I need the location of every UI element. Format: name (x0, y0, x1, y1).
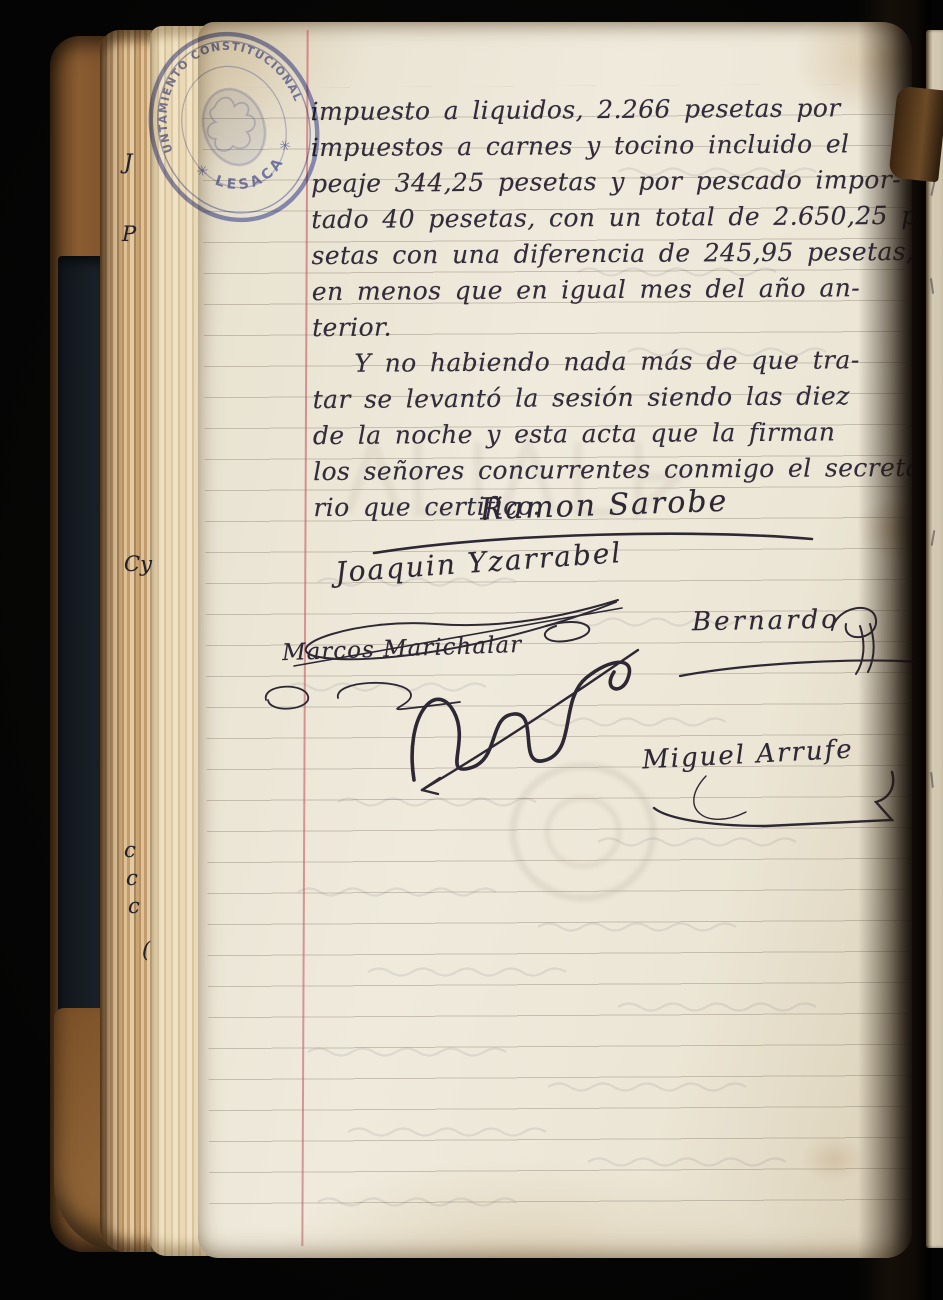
manuscript-line: Y no habiendo nada más de que tra- (312, 342, 908, 382)
photo-of-minutes-book: impuesto a liquidos, 2.266 pesetas por i… (0, 0, 943, 1300)
signature-flourish-marcos (260, 672, 470, 728)
manuscript-line: tar se levantó la sesión siendo las diez (313, 378, 909, 418)
manuscript-page: impuesto a liquidos, 2.266 pesetas por i… (198, 22, 912, 1258)
signature-miguel: Miguel Arrufe (641, 734, 854, 775)
manuscript-line: los señores concurrentes conmigo el secr… (313, 450, 909, 490)
margin-mark: Cy (124, 552, 152, 576)
sliver-writing-fragment (931, 530, 936, 546)
manuscript-line: de la noche y esta acta que la firman (313, 414, 909, 454)
margin-mark: c (126, 866, 138, 890)
manuscript-line: impuestos a carnes y tocino incluido el (311, 126, 907, 166)
signature-joaquin: Joaquin Yzarrabel (334, 536, 623, 589)
sliver-writing-fragment (930, 772, 934, 788)
manuscript-line: en menos que en igual mes del año an- (312, 270, 908, 310)
manuscript-line: setas con una diferencia de 245,95 peset… (312, 234, 908, 274)
manuscript-line: terior. (312, 306, 908, 346)
signature-marcos: Marcos Marichalar (282, 632, 523, 666)
manuscript-line: peaje 344,25 pesetas y por pescado impor… (311, 162, 907, 202)
sliver-writing-fragment (930, 278, 934, 294)
sliver-writing-fragment (930, 180, 935, 196)
leather-gutter-edge (888, 86, 943, 183)
margin-mark: P (122, 222, 136, 246)
ghost-stamp-bleed (498, 752, 668, 912)
signature-bernardo: Bernardo (692, 605, 840, 638)
red-margin-line (301, 30, 308, 1246)
manuscript-text: impuesto a liquidos, 2.266 pesetas por i… (310, 90, 909, 526)
margin-mark: ( (142, 938, 150, 962)
margin-mark: c (128, 894, 140, 918)
manuscript-line: tado 40 pesetas, con un total de 2.650,2… (311, 198, 907, 238)
margin-mark: J (124, 150, 132, 174)
gutter-shadow (858, 0, 930, 1300)
next-page-sliver (926, 30, 943, 1248)
margin-mark: c (124, 838, 136, 862)
manuscript-line: impuesto a liquidos, 2.266 pesetas por (310, 90, 906, 130)
